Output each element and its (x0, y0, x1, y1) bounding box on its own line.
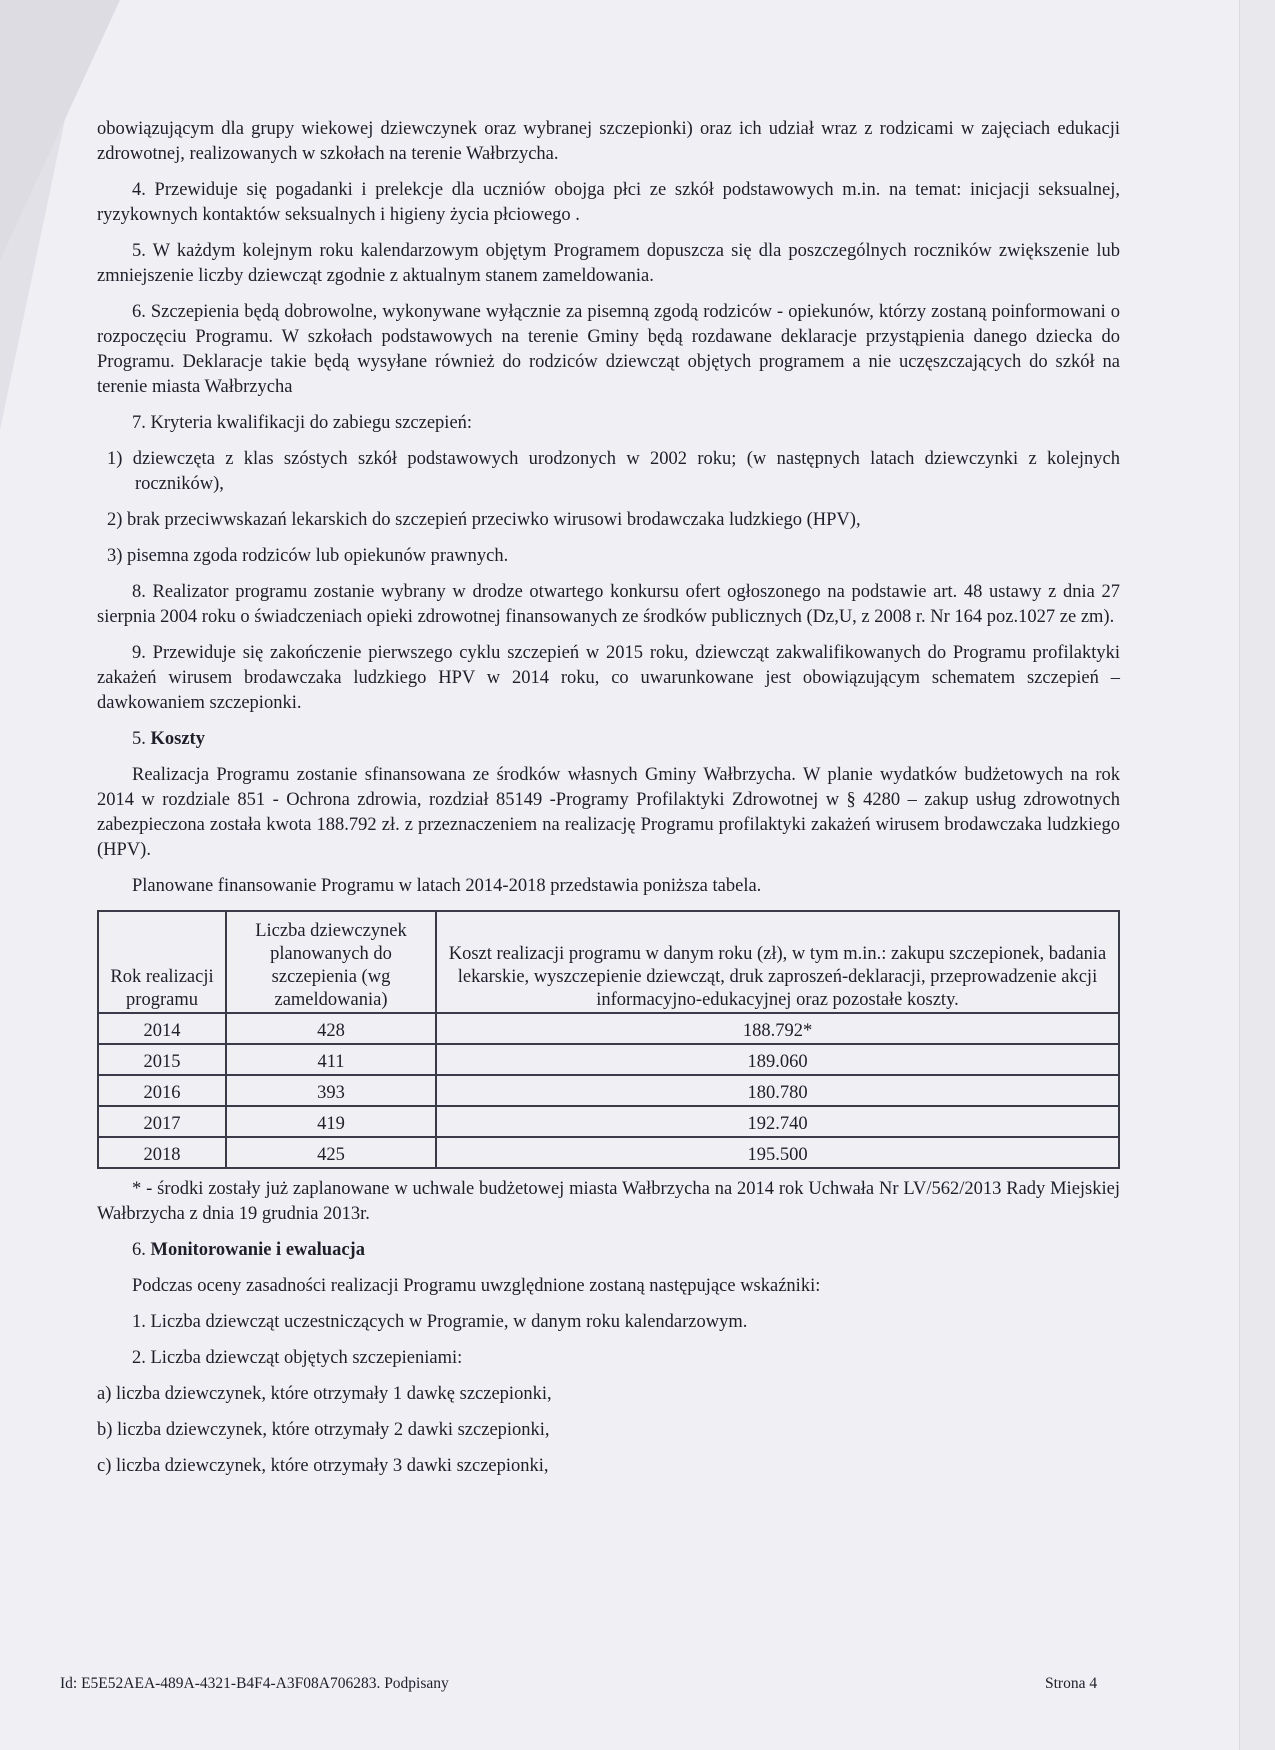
scan-edge (1239, 0, 1275, 1750)
cell-year: 2015 (98, 1044, 226, 1075)
paragraph-5: 5. W każdym kolejnym roku kalendarzowym … (97, 239, 1120, 289)
cell-girls: 428 (226, 1013, 436, 1044)
paragraph-4: 4. Przewiduje się pogadanki i prelekcje … (97, 178, 1120, 228)
document-body: obowiązującym dla grupy wiekowej dziewcz… (97, 117, 1120, 1490)
cell-girls: 419 (226, 1106, 436, 1137)
cell-girls: 411 (226, 1044, 436, 1075)
header-girls: Liczba dziewczynek planowanych do szczep… (226, 911, 436, 1013)
criterion-3: 3) pisemna zgoda rodziców lub opiekunów … (97, 544, 1120, 569)
cell-cost: 192.740 (436, 1106, 1119, 1137)
table-row: 2017419192.740 (98, 1106, 1119, 1137)
cell-year: 2016 (98, 1075, 226, 1106)
cell-girls: 425 (226, 1137, 436, 1168)
paragraph-7: 7. Kryteria kwalifikacji do zabiegu szcz… (97, 411, 1120, 436)
document-page: obowiązującym dla grupy wiekowej dziewcz… (0, 0, 1240, 1750)
cell-girls: 393 (226, 1075, 436, 1106)
cell-year: 2017 (98, 1106, 226, 1137)
paragraph-9: 9. Przewiduje się zakończenie pierwszego… (97, 641, 1120, 716)
footnote: * - środki zostały już zaplanowane w uch… (97, 1177, 1120, 1227)
criterion-2: 2) brak przeciwwskazań lekarskich do szc… (97, 508, 1120, 533)
section-title: Koszty (151, 729, 205, 749)
section-heading-costs: 5. Koszty (132, 727, 1120, 752)
section-title: Monitorowanie i ewaluacja (151, 1240, 365, 1260)
section-heading-monitoring: 6. Monitorowanie i ewaluacja (132, 1238, 1120, 1263)
table-row: 2018425195.500 (98, 1137, 1119, 1168)
indicator-2: 2. Liczba dziewcząt objętych szczepienia… (97, 1346, 1120, 1371)
financing-table: Rok realizacji programu Liczba dziewczyn… (97, 910, 1120, 1169)
table-row: 2014428188.792* (98, 1013, 1119, 1044)
page-number: Strona 4 (1045, 1675, 1097, 1693)
document-id: Id: E5E52AEA-489A-4321-B4F4-A3F08A706283… (60, 1675, 449, 1693)
cell-cost: 195.500 (436, 1137, 1119, 1168)
cell-year: 2014 (98, 1013, 226, 1044)
paragraph-6: 6. Szczepienia będą dobrowolne, wykonywa… (97, 300, 1120, 400)
cell-cost: 180.780 (436, 1075, 1119, 1106)
criterion-1: 1) dziewczęta z klas szóstych szkół pods… (97, 447, 1120, 497)
section-number: 6. (132, 1240, 146, 1260)
indicator-1: 1. Liczba dziewcząt uczestniczących w Pr… (97, 1310, 1120, 1335)
cell-cost: 189.060 (436, 1044, 1119, 1075)
paragraph-8: 8. Realizator programu zostanie wybrany … (97, 580, 1120, 630)
monitoring-intro: Podczas oceny zasadności realizacji Prog… (97, 1274, 1120, 1299)
header-year: Rok realizacji programu (98, 911, 226, 1013)
header-cost: Koszt realizacji programu w danym roku (… (436, 911, 1119, 1013)
subindicator-a: a) liczba dziewczynek, które otrzymały 1… (97, 1382, 1120, 1407)
cell-year: 2018 (98, 1137, 226, 1168)
subindicator-b: b) liczba dziewczynek, które otrzymały 2… (97, 1418, 1120, 1443)
paragraph-continuation: obowiązującym dla grupy wiekowej dziewcz… (97, 117, 1120, 167)
cell-cost: 188.792* (436, 1013, 1119, 1044)
subindicator-c: c) liczba dziewczynek, które otrzymały 3… (97, 1454, 1120, 1479)
table-row: 2015411189.060 (98, 1044, 1119, 1075)
table-header-row: Rok realizacji programu Liczba dziewczyn… (98, 911, 1119, 1013)
table-intro: Planowane finansowanie Programu w latach… (97, 874, 1120, 899)
section-number: 5. (132, 729, 146, 749)
table-row: 2016393180.780 (98, 1075, 1119, 1106)
costs-body: Realizacja Programu zostanie sfinansowan… (97, 763, 1120, 863)
